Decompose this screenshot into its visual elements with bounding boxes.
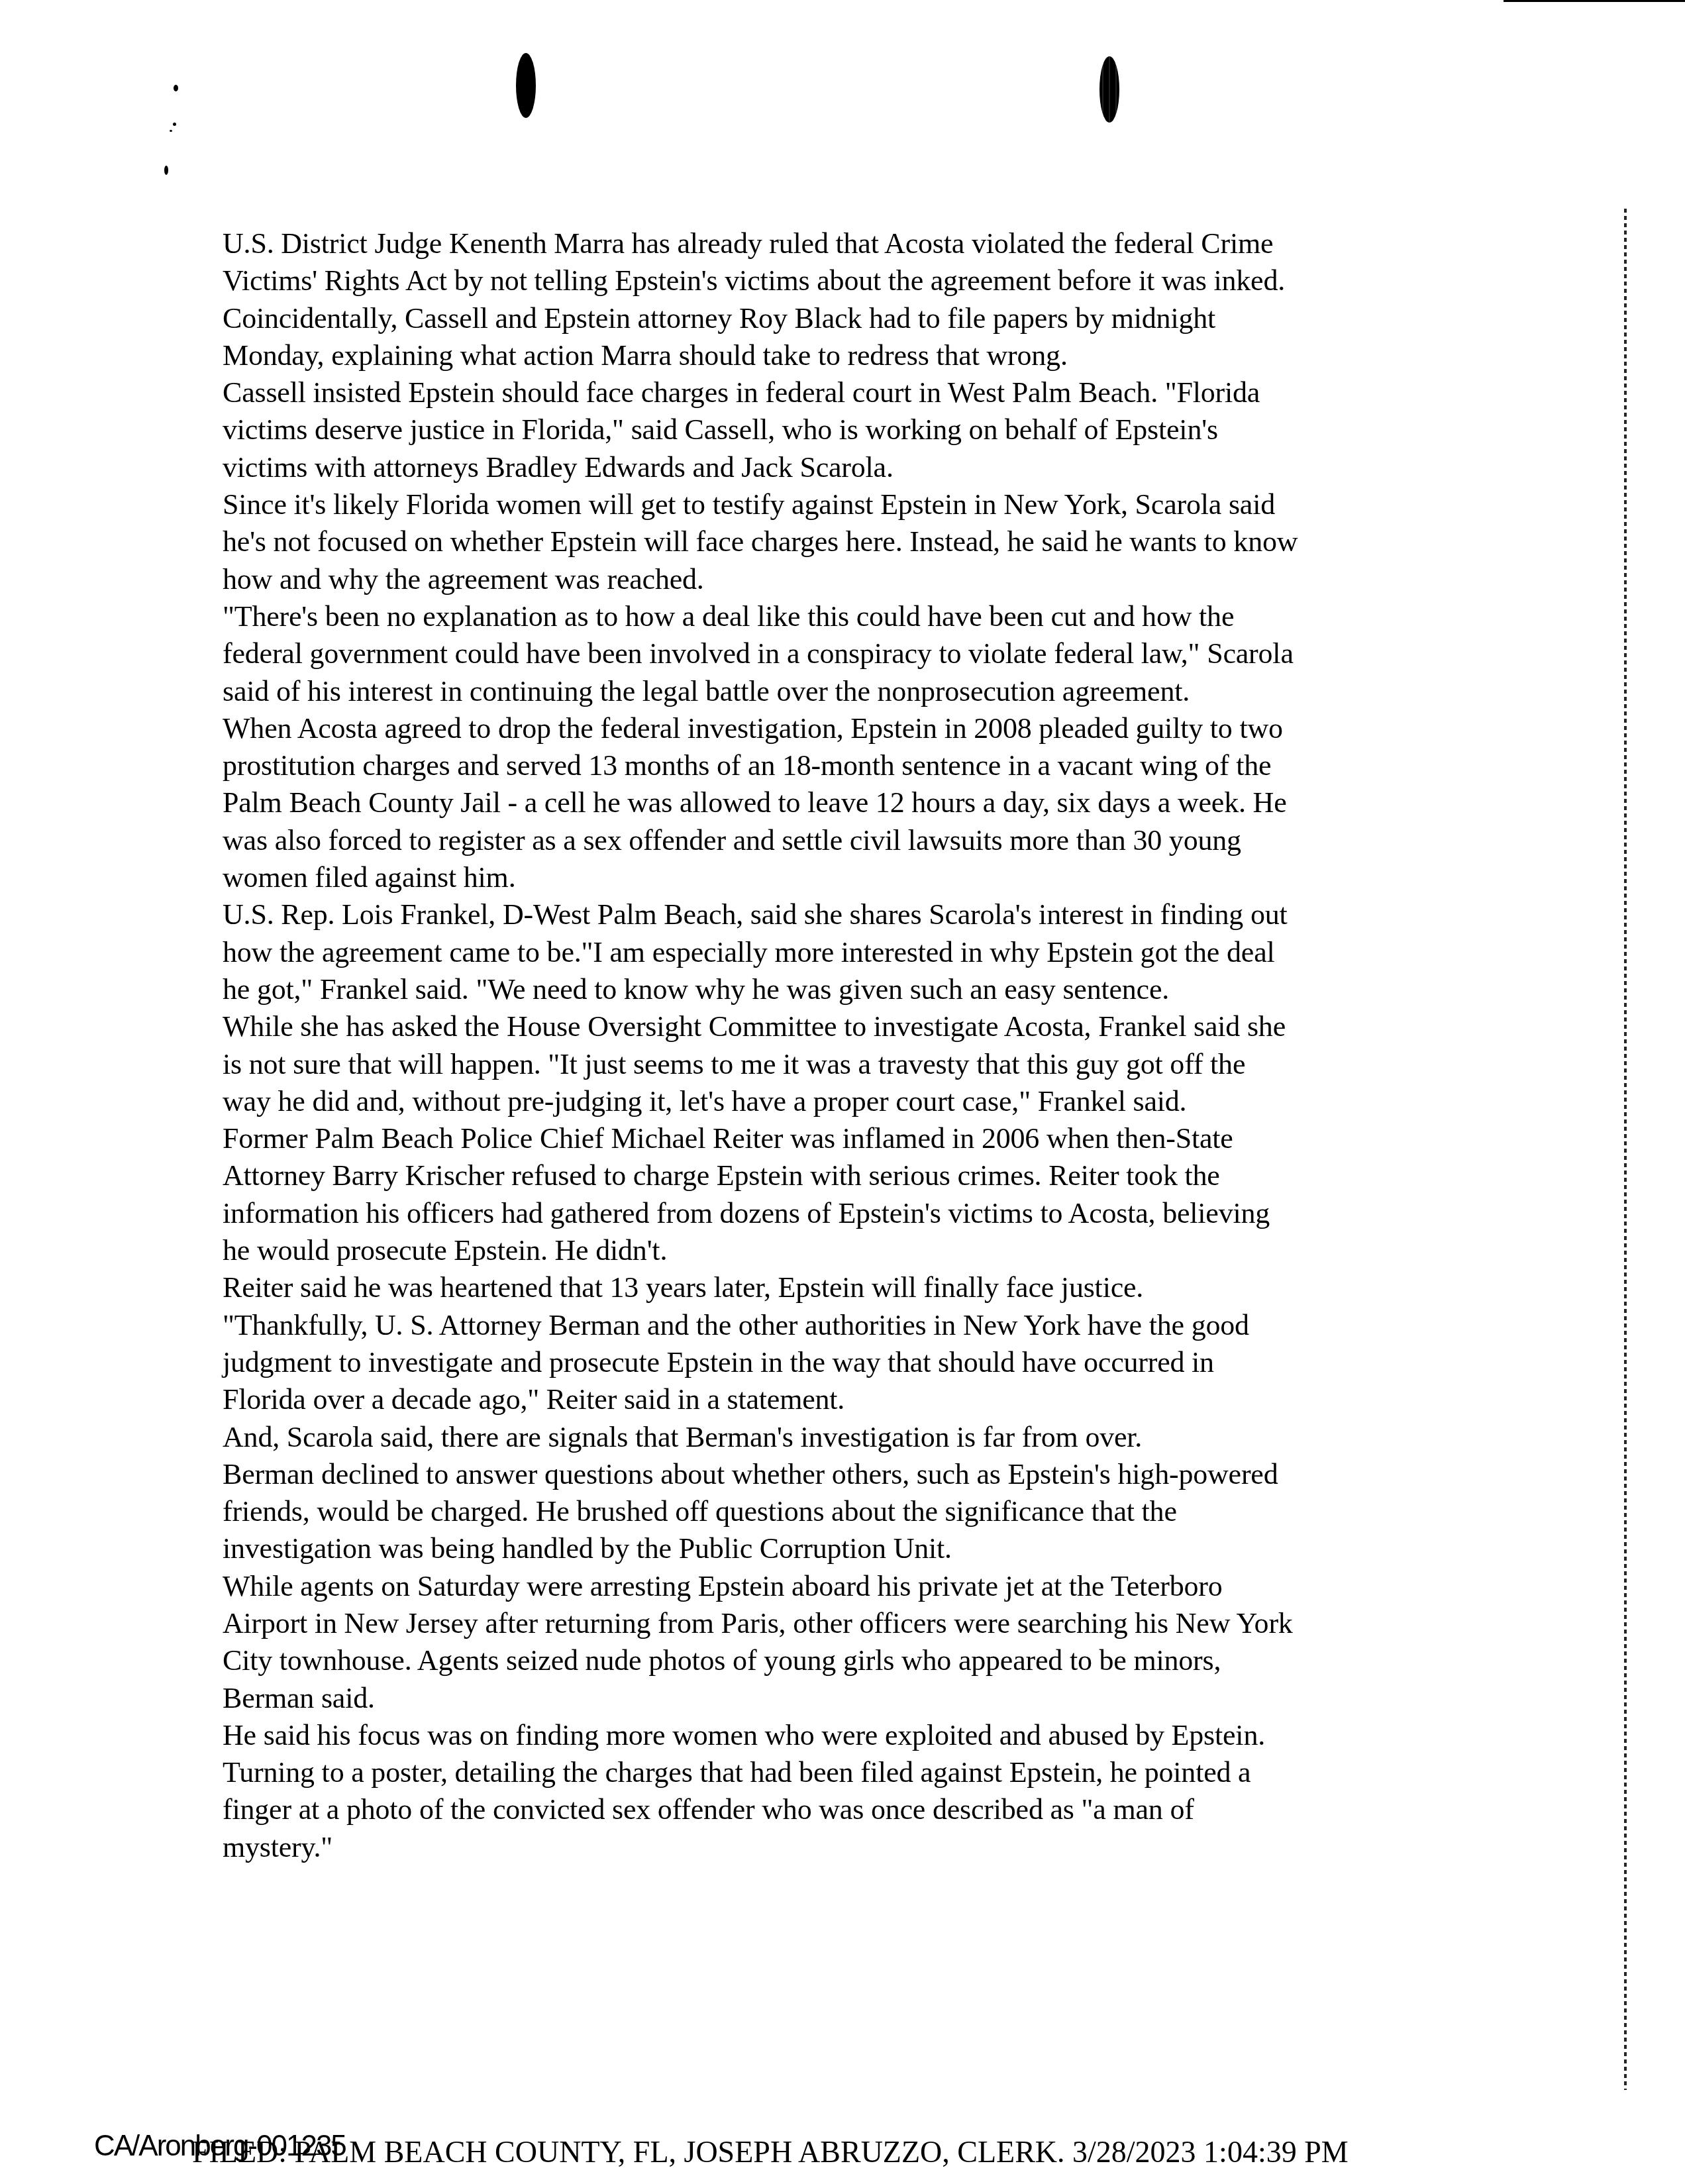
text-line: And, Scarola said, there are signals tha… bbox=[223, 1419, 1494, 1456]
text-line: investigation was being handled by the P… bbox=[223, 1530, 1494, 1567]
clerk-filing-stamp: FILED: PALM BEACH COUNTY, FL, JOSEPH ABR… bbox=[192, 2134, 1349, 2169]
text-line: Attorney Barry Krischer refused to charg… bbox=[223, 1157, 1494, 1194]
text-line: U.S. District Judge Kenenth Marra has al… bbox=[223, 225, 1494, 262]
text-line: Cassell insisted Epstein should face cha… bbox=[223, 374, 1494, 411]
text-line: While agents on Saturday were arresting … bbox=[223, 1568, 1494, 1605]
text-line: mystery." bbox=[223, 1829, 1494, 1866]
text-line: Berman said. bbox=[223, 1680, 1494, 1717]
scan-speck bbox=[170, 130, 172, 132]
text-line: how the agreement came to be."I am espec… bbox=[223, 934, 1494, 971]
text-line: While she has asked the House Oversight … bbox=[223, 1008, 1494, 1045]
text-line: "There's been no explanation as to how a… bbox=[223, 598, 1494, 635]
text-line: he would prosecute Epstein. He didn't. bbox=[223, 1232, 1494, 1269]
text-line: Victims' Rights Act by not telling Epste… bbox=[223, 262, 1494, 299]
scan-speck bbox=[174, 85, 178, 91]
text-line: judgment to investigate and prosecute Ep… bbox=[223, 1344, 1494, 1381]
text-line: Palm Beach County Jail - a cell he was a… bbox=[223, 784, 1494, 821]
text-line: friends, would be charged. He brushed of… bbox=[223, 1493, 1494, 1530]
text-line: he's not focused on whether Epstein will… bbox=[223, 523, 1494, 560]
text-line: how and why the agreement was reached. bbox=[223, 561, 1494, 598]
text-line: Former Palm Beach Police Chief Michael R… bbox=[223, 1120, 1494, 1157]
text-line: he got," Frankel said. "We need to know … bbox=[223, 971, 1494, 1008]
punch-hole-right-icon bbox=[1099, 56, 1119, 123]
text-line: information his officers had gathered fr… bbox=[223, 1195, 1494, 1232]
text-line: way he did and, without pre-judging it, … bbox=[223, 1083, 1494, 1120]
text-line: said of his interest in continuing the l… bbox=[223, 673, 1494, 710]
text-line: Airport in New Jersey after returning fr… bbox=[223, 1605, 1494, 1642]
scan-speck bbox=[164, 166, 168, 175]
text-line: prostitution charges and served 13 month… bbox=[223, 747, 1494, 784]
text-line: Since it's likely Florida women will get… bbox=[223, 486, 1494, 523]
punch-hole-left-icon bbox=[516, 53, 536, 118]
text-line: Florida over a decade ago," Reiter said … bbox=[223, 1381, 1494, 1418]
text-line: City townhouse. Agents seized nude photo… bbox=[223, 1642, 1494, 1679]
text-line: federal government could have been invol… bbox=[223, 635, 1494, 672]
text-line: Monday, explaining what action Marra sho… bbox=[223, 337, 1494, 374]
text-line: Coincidentally, Cassell and Epstein atto… bbox=[223, 300, 1494, 337]
text-line: Turning to a poster, detailing the charg… bbox=[223, 1754, 1494, 1791]
text-line: was also forced to register as a sex off… bbox=[223, 822, 1494, 859]
text-line: women filed against him. bbox=[223, 859, 1494, 896]
text-line: victims with attorneys Bradley Edwards a… bbox=[223, 449, 1494, 486]
article-body: U.S. District Judge Kenenth Marra has al… bbox=[223, 225, 1494, 1866]
text-line: When Acosta agreed to drop the federal i… bbox=[223, 710, 1494, 747]
text-line: victims deserve justice in Florida," sai… bbox=[223, 411, 1494, 448]
text-line: Berman declined to answer questions abou… bbox=[223, 1456, 1494, 1493]
text-line: U.S. Rep. Lois Frankel, D-West Palm Beac… bbox=[223, 896, 1494, 933]
scan-right-edge-artifact bbox=[1624, 209, 1627, 2090]
scan-speck bbox=[173, 123, 176, 126]
text-line: is not sure that will happen. "It just s… bbox=[223, 1046, 1494, 1083]
text-line: Reiter said he was heartened that 13 yea… bbox=[223, 1269, 1494, 1306]
text-line: He said his focus was on finding more wo… bbox=[223, 1717, 1494, 1754]
scan-top-edge-line bbox=[1504, 0, 1685, 2]
text-line: finger at a photo of the convicted sex o… bbox=[223, 1791, 1494, 1828]
text-line: "Thankfully, U. S. Attorney Berman and t… bbox=[223, 1307, 1494, 1344]
